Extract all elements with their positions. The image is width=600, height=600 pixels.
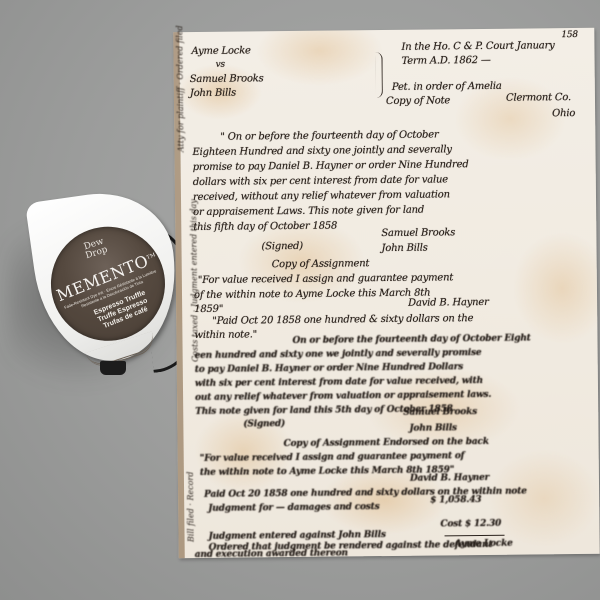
bottom-signature: Ayme Locke [455, 539, 513, 550]
repeat-line: with six per cent interest from date for… [195, 376, 483, 389]
repeat-signed-note: (Signed) [243, 419, 285, 429]
repeat-signature: Samuel Brooks [403, 407, 477, 418]
photo-scene: Dew Drop MEMENTOTM Fade-Resistant Dye In… [0, 0, 600, 600]
signed-note: (Signed) [261, 241, 303, 252]
assignment-line: "For value received I assign and guarant… [198, 272, 453, 286]
defendant-name: John Bills [190, 88, 236, 99]
assignment-line: of the within note to Ayme Locke this Ma… [194, 288, 430, 301]
amount: $ 1,058.43 [430, 495, 481, 506]
body-line: or appraisement Laws. This note given fo… [193, 205, 424, 218]
ink-pad-label: Dew Drop MEMENTOTM Fade-Resistant Dye In… [44, 219, 173, 348]
signature: Samuel Brooks [381, 227, 455, 239]
ink-pad-stand-foot [100, 361, 126, 375]
body-line: received, without any relief whatever fr… [193, 189, 450, 203]
repeat-line: out any relief whatever from valuation o… [195, 390, 491, 403]
place-line: Clermont Co. [506, 92, 571, 104]
margin-note: Atty for plaintiff · Ordered filed [175, 25, 185, 152]
body-line: Eighteen Hundred and sixty one jointly a… [192, 144, 451, 158]
memento-ink-pad: Dew Drop MEMENTOTM Fade-Resistant Dye In… [28, 185, 176, 375]
court-line: In the Ho. C & P. Court January [401, 40, 554, 53]
page-number: 158 [561, 30, 578, 40]
margin-note: Bill filed · Record [186, 472, 196, 543]
stamped-document: Atty for plaintiff · Ordered filed Costs… [173, 28, 599, 558]
assignment-line: 1859" [194, 304, 223, 315]
place-state: Ohio [552, 108, 575, 119]
body-line: promise to pay Daniel B. Hayner or order… [193, 159, 469, 173]
body-line: this fifth day of October 1858 [193, 221, 337, 234]
assignment-title: Copy of Assignment [272, 258, 370, 270]
brace-mark [375, 52, 382, 98]
dew-drop-logo: Dew Drop [82, 237, 109, 261]
repeat-signature: John Bills [409, 423, 457, 433]
repeat-line: On or before the fourteenth day of Octob… [292, 333, 530, 345]
repeat-assignment-signature: David B. Hayner [410, 473, 489, 484]
repeat-line: to pay Daniel B. Hayner or order Nine Hu… [195, 362, 463, 375]
repeat-assignment-title: Copy of Assignment Endorsed on the back [284, 437, 489, 449]
repeat-assignment-line: "For value received I assign and guarant… [200, 451, 465, 464]
credit-line: within note." [194, 329, 257, 341]
repeat-line: een hundred and sixty one we jointly and… [195, 348, 482, 361]
copy-note-label: Copy of Note [386, 95, 450, 107]
plaintiff-name: Ayme Locke [191, 45, 250, 57]
defendant-name: Samuel Brooks [190, 73, 264, 85]
bottom-line: Judgment for — damages and costs [208, 502, 379, 514]
bottom-line: Judgment entered against John Bills [208, 530, 385, 542]
amount: Cost $ 12.30 [440, 519, 501, 530]
document-content: Atty for plaintiff · Ordered filed Costs… [179, 28, 599, 558]
court-term-line: Term A.D. 1862 — [402, 55, 491, 67]
versus-text: vs [216, 60, 225, 70]
credit-line: "Paid Oct 20 1858 one hundred & sixty do… [212, 313, 473, 327]
underline-mark [445, 535, 505, 537]
assignment-signature: David B. Hayner [408, 297, 489, 309]
body-line: " On or before the fourteenth day of Oct… [220, 129, 438, 142]
signature: John Bills [381, 243, 427, 254]
bottom-line: and execution awarded thereon [195, 548, 348, 560]
action-line: Pet. in order of Amelia [392, 81, 502, 93]
body-line: dollars with six per cent interest from … [193, 174, 448, 188]
